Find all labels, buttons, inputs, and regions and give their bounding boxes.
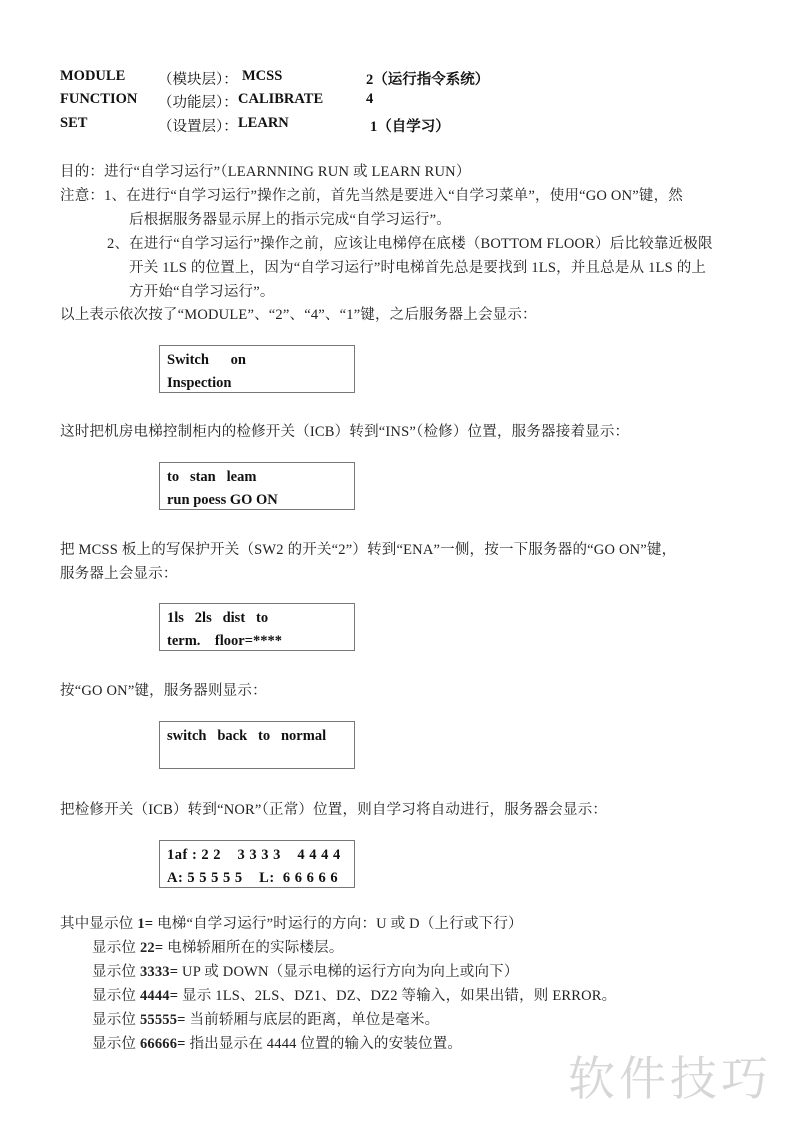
lcd-line-2: Inspection [167, 372, 347, 395]
lcd-line-1: to stan leam [167, 466, 347, 489]
header-module-layer: （模块层）： [158, 68, 238, 89]
lcd-display-dist-to-term: 1ls 2ls dist to term. floor=**** [159, 603, 355, 651]
header-function-value: CALIBRATE [238, 91, 323, 108]
legend-code: 55555= [140, 1012, 186, 1028]
legend-prefix: 显示位 [92, 1036, 140, 1052]
instruction-ins: 这时把机房电梯控制柜内的检修开关（ICB）转到“INS”（检修）位置，服务器接着… [60, 420, 629, 441]
note2-line1: 2、在进行“自学习运行”操作之前，应该让电梯停在底楼（BOTTOM FLOOR）… [107, 232, 713, 253]
lcd-line-2: term. floor=**** [167, 630, 347, 653]
legend-item-66666: 显示位 66666= 指出显示在 4444 位置的输入的安装位置。 [92, 1032, 462, 1053]
legend-desc: UP 或 DOWN（显示电梯的运行方向为向上或向下） [178, 964, 518, 980]
instruction-nor: 把检修开关（ICB）转到“NOR”（正常）位置，则自学习将自动进行，服务器会显示… [60, 798, 607, 819]
lcd-display-start-learn: to stan leam run poess GO ON [159, 462, 355, 510]
note2-line3: 方开始“自学习运行”。 [129, 280, 275, 301]
header-function-layer: （功能层）： [158, 91, 238, 112]
header-module-code: 2（运行指令系统） [366, 68, 489, 89]
legend-desc: 指出显示在 4444 位置的输入的安装位置。 [186, 1036, 462, 1052]
header-function-key: FUNCTION [60, 91, 137, 108]
legend-prefix: 显示位 [92, 1012, 140, 1028]
header-module-key: MODULE [60, 68, 125, 85]
lcd-line-2: A: 5 5 5 5 5 L: 6 6 6 6 6 [167, 867, 347, 890]
legend-item-1: 其中显示位 1= 电梯“自学习运行”时运行的方向：U 或 D（上行或下行） [60, 912, 523, 933]
legend-prefix: 显示位 [92, 940, 140, 956]
lcd-line-2: run poess GO ON [167, 489, 347, 512]
header-set-layer: （设置层）： [158, 115, 238, 136]
header-set-value: LEARN [238, 115, 289, 132]
legend-prefix: 显示位 [92, 988, 140, 1004]
legend-code: 1= [137, 916, 153, 932]
lcd-line-1: Switch on [167, 349, 347, 372]
lcd-display-learn-status: 1af : 2 2 3 3 3 3 4 4 4 4 A: 5 5 5 5 5 L… [159, 840, 355, 888]
purpose-text: 目的：进行“自学习运行”（LEARNNING RUN 或 LEARN RUN） [60, 160, 471, 181]
lcd-line-1: 1af : 2 2 3 3 3 3 4 4 4 4 [167, 844, 347, 867]
legend-desc: 电梯轿厢所在的实际楼层。 [163, 940, 343, 956]
lcd-display-switch-back-normal: switch back to normal [159, 721, 355, 769]
note1-line2: 后根据服务器显示屏上的指示完成“自学习运行”。 [129, 208, 451, 229]
legend-desc: 显示 1LS、2LS、DZ1、DZ、DZ2 等输入，如果出错，则 ERROR。 [178, 988, 616, 1004]
legend-item-55555: 显示位 55555= 当前轿厢与底层的距离，单位是毫米。 [92, 1008, 439, 1029]
instruction-go-on: 按“GO ON”键，服务器则显示： [60, 679, 267, 700]
legend-item-22: 显示位 22= 电梯轿厢所在的实际楼层。 [92, 936, 344, 957]
legend-prefix: 其中显示位 [60, 916, 137, 932]
header-module-value: MCSS [242, 68, 282, 85]
instruction-sw2-line2: 服务器上会显示： [60, 562, 178, 583]
note2-line2: 开关 1LS 的位置上，因为“自学习运行”时电梯首先总是要找到 1LS，并且总是… [129, 256, 706, 277]
header-set-code: 1（自学习） [370, 115, 450, 136]
watermark: 软件技巧 [568, 1042, 772, 1109]
lcd-line-1: switch back to normal [167, 725, 347, 748]
header-set-key: SET [60, 115, 87, 132]
legend-code: 22= [140, 940, 163, 956]
legend-item-4444: 显示位 4444= 显示 1LS、2LS、DZ1、DZ、DZ2 等输入，如果出错… [92, 984, 616, 1005]
legend-desc: 电梯“自学习运行”时运行的方向：U 或 D（上行或下行） [153, 916, 523, 932]
legend-desc: 当前轿厢与底层的距离，单位是毫米。 [186, 1012, 440, 1028]
lcd-display-switch-on-inspection: Switch on Inspection [159, 345, 355, 393]
header-function-code: 4 [366, 91, 373, 108]
legend-prefix: 显示位 [92, 964, 140, 980]
legend-code: 66666= [140, 1036, 186, 1052]
lcd-line-1: 1ls 2ls dist to [167, 607, 347, 630]
legend-item-3333: 显示位 3333= UP 或 DOWN（显示电梯的运行方向为向上或向下） [92, 960, 519, 981]
note1-line1: 注意：1、在进行“自学习运行”操作之前，首先当然是要进入“自学习菜单”，使用“G… [60, 184, 683, 205]
instruction-sw2-line1: 把 MCSS 板上的写保护开关（SW2 的开关“2”）转到“ENA”一侧，按一下… [60, 538, 676, 559]
keys-pressed-text: 以上表示依次按了“MODULE”、“2”、“4”、“1”键，之后服务器上会显示： [60, 303, 537, 324]
legend-code: 3333= [140, 964, 178, 980]
legend-code: 4444= [140, 988, 178, 1004]
